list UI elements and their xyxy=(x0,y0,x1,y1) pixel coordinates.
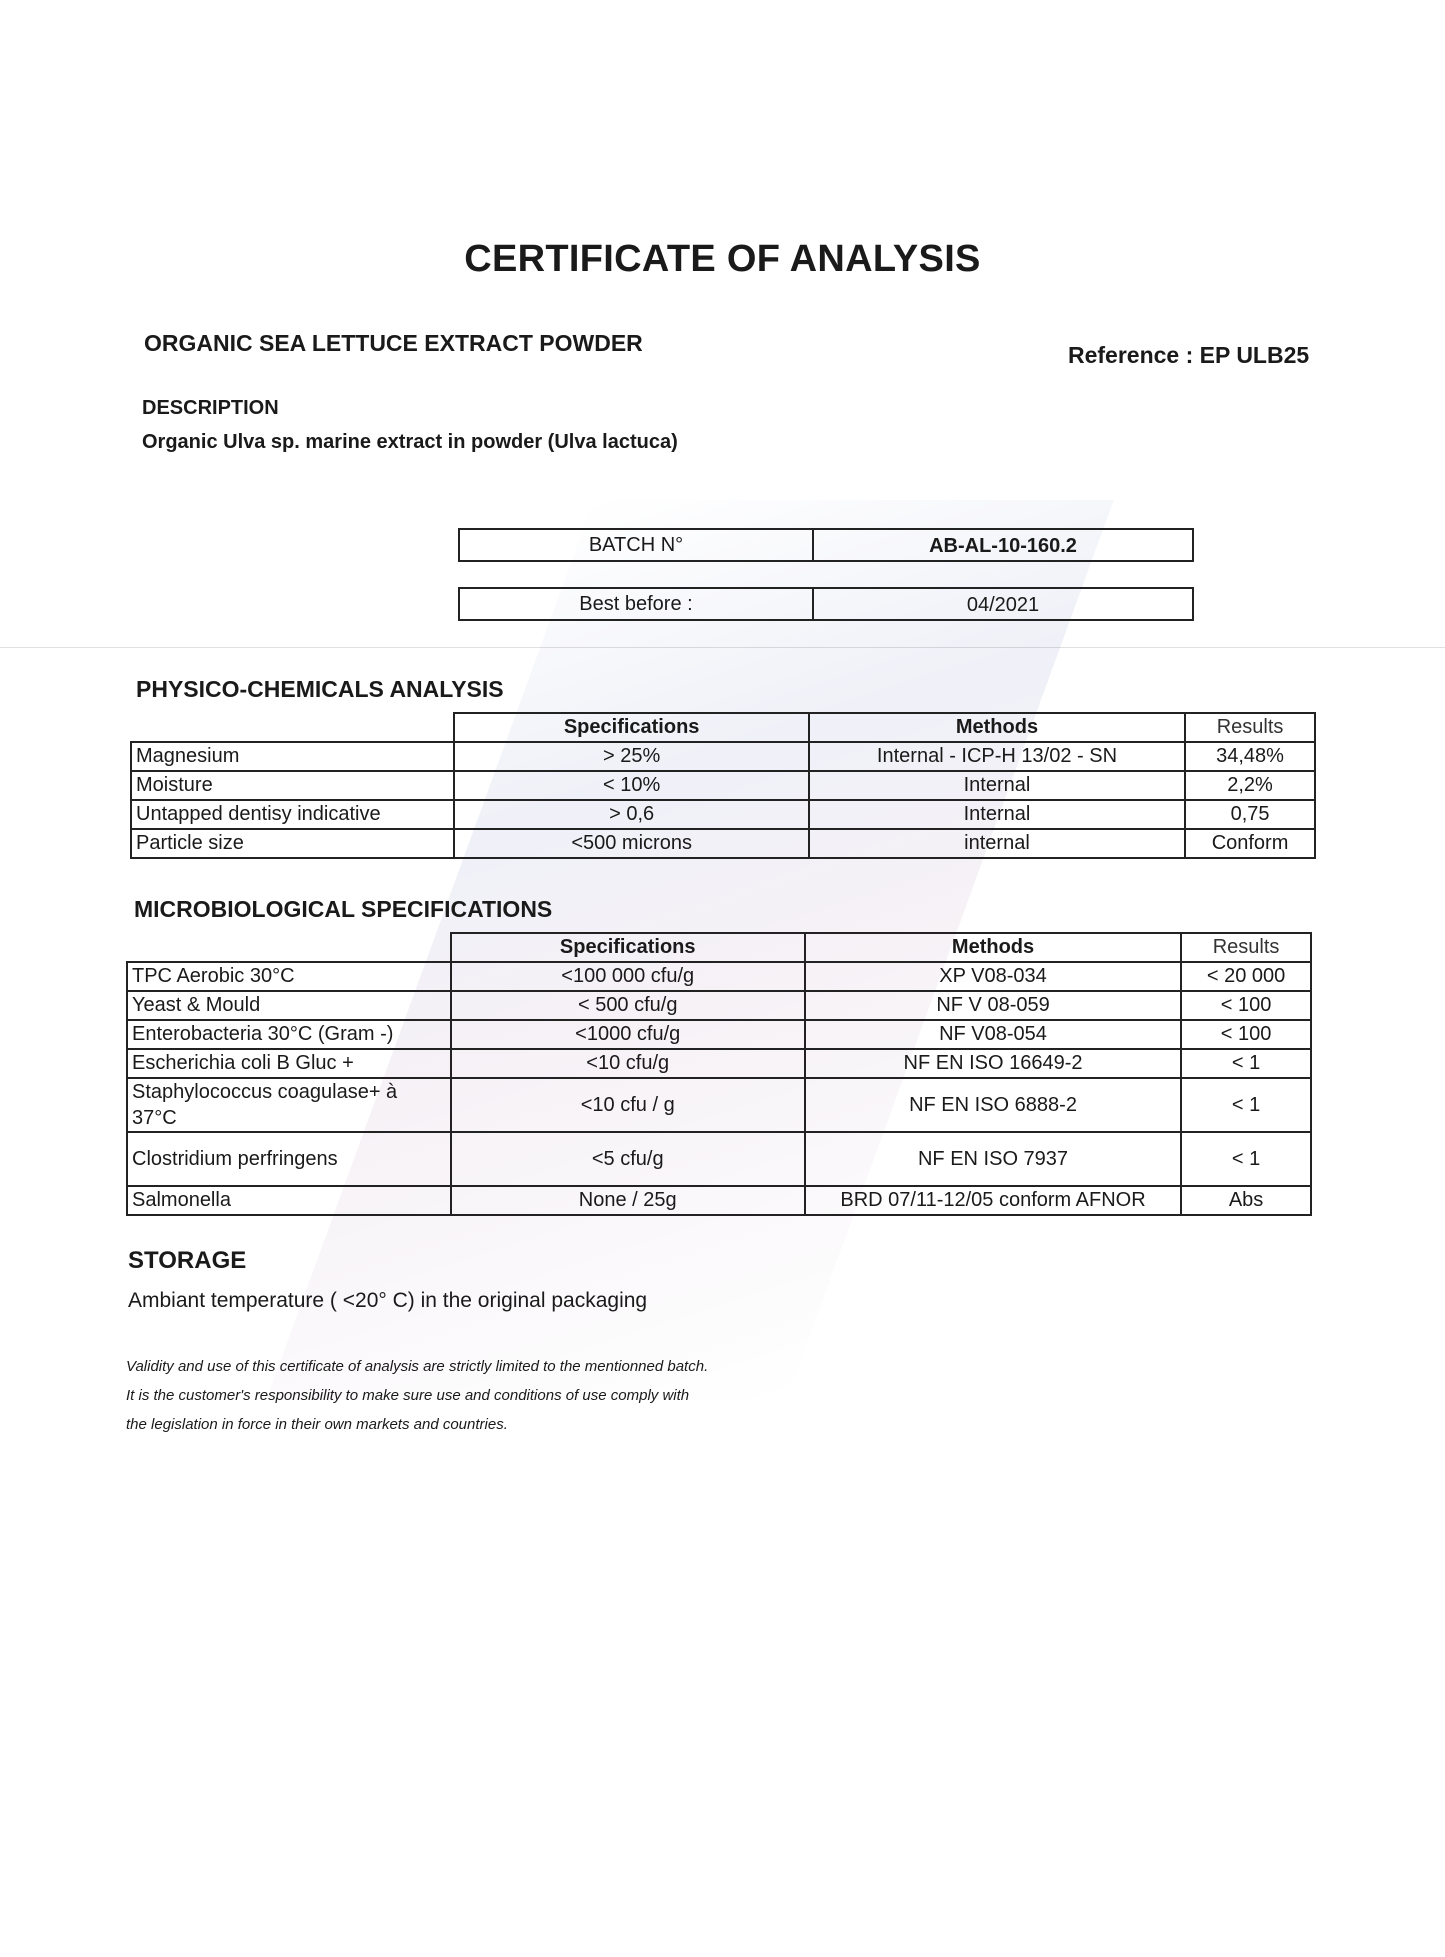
document-title: CERTIFICATE OF ANALYSIS xyxy=(0,238,1445,281)
parameter-cell: Enterobacteria 30°C (Gram -) xyxy=(127,1020,451,1049)
table-row: Magnesium> 25%Internal - ICP-H 13/02 - S… xyxy=(131,742,1315,771)
header-specifications: Specifications xyxy=(454,713,808,742)
table-header-row: Specifications Methods Results xyxy=(131,713,1315,742)
parameter-cell: Moisture xyxy=(131,771,454,800)
storage-text: Ambiant temperature ( <20° C) in the ori… xyxy=(128,1289,647,1313)
specification-cell: <5 cfu/g xyxy=(451,1132,805,1186)
table-row: Enterobacteria 30°C (Gram -)<1000 cfu/gN… xyxy=(127,1020,1311,1049)
header-methods: Methods xyxy=(809,713,1185,742)
product-name: ORGANIC SEA LETTUCE EXTRACT POWDER xyxy=(144,330,643,357)
table-row: TPC Aerobic 30°C<100 000 cfu/gXP V08-034… xyxy=(127,962,1311,991)
microbiological-title: MICROBIOLOGICAL SPECIFICATIONS xyxy=(134,896,552,923)
physico-chemical-title: PHYSICO-CHEMICALS ANALYSIS xyxy=(136,676,504,703)
table-row: Escherichia coli B Gluc +<10 cfu/gNF EN … xyxy=(127,1049,1311,1078)
table-row: Staphylococcus coagulase+ à 37°C<10 cfu … xyxy=(127,1078,1311,1132)
best-before-value: 04/2021 xyxy=(814,589,1192,619)
method-cell: Internal xyxy=(809,771,1185,800)
parameter-cell: Particle size xyxy=(131,829,454,858)
disclaimer-line: the legislation in force in their own ma… xyxy=(126,1410,708,1439)
parameter-cell: Staphylococcus coagulase+ à 37°C xyxy=(127,1078,451,1132)
specification-cell: <1000 cfu/g xyxy=(451,1020,805,1049)
result-cell: < 1 xyxy=(1181,1132,1311,1186)
specification-cell: <500 microns xyxy=(454,829,808,858)
specification-cell: <10 cfu / g xyxy=(451,1078,805,1132)
parameter-cell: Magnesium xyxy=(131,742,454,771)
paper-fold-line xyxy=(0,647,1445,648)
specification-cell: <100 000 cfu/g xyxy=(451,962,805,991)
result-cell: 0,75 xyxy=(1185,800,1315,829)
description-label: DESCRIPTION xyxy=(142,397,279,420)
table-row: Yeast & Mould< 500 cfu/gNF V 08-059< 100 xyxy=(127,991,1311,1020)
header-methods: Methods xyxy=(805,933,1181,962)
table-row: Clostridium perfringens<5 cfu/gNF EN ISO… xyxy=(127,1132,1311,1186)
method-cell: Internal xyxy=(809,800,1185,829)
table-row: Untapped dentisy indicative> 0,6Internal… xyxy=(131,800,1315,829)
specification-cell: > 25% xyxy=(454,742,808,771)
header-results: Results xyxy=(1181,933,1311,962)
disclaimer-line: It is the customer's responsibility to m… xyxy=(126,1381,708,1410)
method-cell: NF EN ISO 16649-2 xyxy=(805,1049,1181,1078)
table-row: Moisture< 10%Internal2,2% xyxy=(131,771,1315,800)
best-before-box: Best before : 04/2021 xyxy=(458,587,1194,621)
header-results: Results xyxy=(1185,713,1315,742)
microbiological-table: Specifications Methods Results TPC Aerob… xyxy=(126,932,1312,1216)
header-parameter xyxy=(127,933,451,962)
result-cell: 34,48% xyxy=(1185,742,1315,771)
batch-value: AB-AL-10-160.2 xyxy=(814,530,1192,560)
method-cell: BRD 07/11-12/05 conform AFNOR xyxy=(805,1186,1181,1215)
storage-title: STORAGE xyxy=(128,1247,246,1275)
physico-chemical-table: Specifications Methods Results Magnesium… xyxy=(130,712,1316,859)
reference-code: Reference : EP ULB25 xyxy=(1068,342,1309,369)
result-cell: < 100 xyxy=(1181,991,1311,1020)
parameter-cell: Yeast & Mould xyxy=(127,991,451,1020)
method-cell: NF V 08-059 xyxy=(805,991,1181,1020)
result-cell: < 20 000 xyxy=(1181,962,1311,991)
specification-cell: < 10% xyxy=(454,771,808,800)
parameter-cell: Escherichia coli B Gluc + xyxy=(127,1049,451,1078)
specification-cell: <10 cfu/g xyxy=(451,1049,805,1078)
method-cell: NF V08-054 xyxy=(805,1020,1181,1049)
disclaimer: Validity and use of this certificate of … xyxy=(126,1352,708,1439)
specification-cell: > 0,6 xyxy=(454,800,808,829)
specification-cell: < 500 cfu/g xyxy=(451,991,805,1020)
disclaimer-line: Validity and use of this certificate of … xyxy=(126,1352,708,1381)
result-cell: Abs xyxy=(1181,1186,1311,1215)
parameter-cell: Clostridium perfringens xyxy=(127,1132,451,1186)
table-row: Particle size<500 micronsinternalConform xyxy=(131,829,1315,858)
header-parameter xyxy=(131,713,454,742)
table-row: SalmonellaNone / 25gBRD 07/11-12/05 conf… xyxy=(127,1186,1311,1215)
method-cell: internal xyxy=(809,829,1185,858)
result-cell: 2,2% xyxy=(1185,771,1315,800)
result-cell: < 1 xyxy=(1181,1049,1311,1078)
best-before-label: Best before : xyxy=(460,589,814,619)
parameter-cell: Untapped dentisy indicative xyxy=(131,800,454,829)
parameter-cell: TPC Aerobic 30°C xyxy=(127,962,451,991)
result-cell: < 100 xyxy=(1181,1020,1311,1049)
batch-label: BATCH N° xyxy=(460,530,814,560)
method-cell: Internal - ICP-H 13/02 - SN xyxy=(809,742,1185,771)
method-cell: NF EN ISO 7937 xyxy=(805,1132,1181,1186)
result-cell: < 1 xyxy=(1181,1078,1311,1132)
method-cell: NF EN ISO 6888-2 xyxy=(805,1078,1181,1132)
table-header-row: Specifications Methods Results xyxy=(127,933,1311,962)
description-text: Organic Ulva sp. marine extract in powde… xyxy=(142,431,678,454)
header-specifications: Specifications xyxy=(451,933,805,962)
parameter-cell: Salmonella xyxy=(127,1186,451,1215)
result-cell: Conform xyxy=(1185,829,1315,858)
batch-number-box: BATCH N° AB-AL-10-160.2 xyxy=(458,528,1194,562)
method-cell: XP V08-034 xyxy=(805,962,1181,991)
specification-cell: None / 25g xyxy=(451,1186,805,1215)
